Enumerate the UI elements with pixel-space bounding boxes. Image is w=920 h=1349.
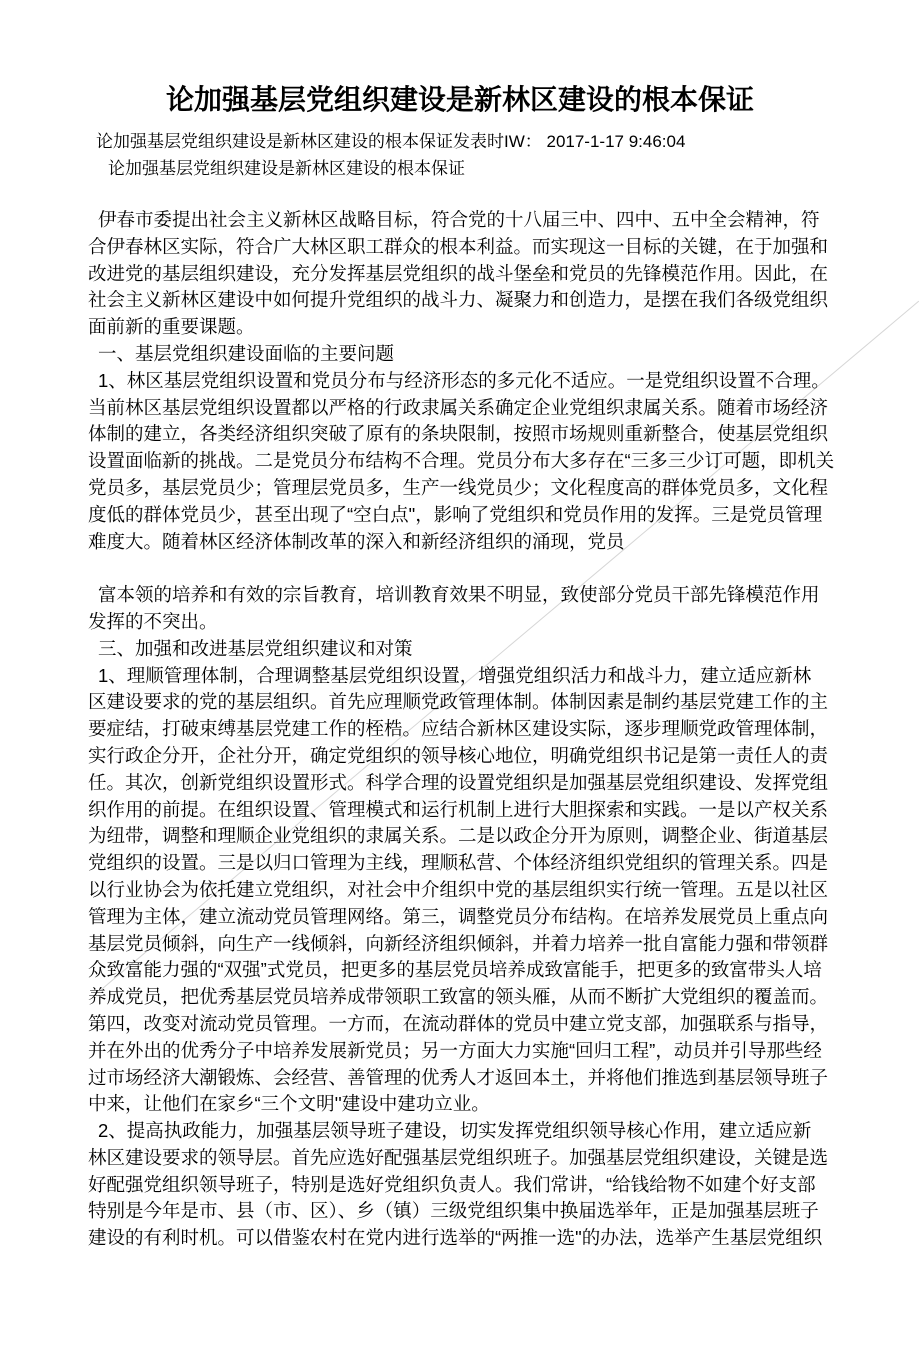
text-line: 度低的群体党员少，甚至出现了“空白点"，影响了党组织和党员作用的发挥。三是党员管…	[88, 502, 848, 529]
text-line: 面前新的重要课题。	[88, 314, 848, 341]
text-line: 1、理顺管理体制，合理调整基层党组织设置，增强党组织活力和战斗力，建立适应新林	[88, 663, 848, 690]
text-line: 富本领的培养和有效的宗旨教育，培训教育效果不明显，致使部分党员干部先锋模范作用	[88, 582, 848, 609]
text-line: 发挥的不突出。	[88, 609, 848, 636]
text-line: 以行业协会为依托建立党组织，对社会中介组织中党的基层组织实行统一管理。五是以社区	[88, 877, 848, 904]
text-line: 改进党的基层组织建设，充分发挥基层党组织的战斗堡垒和党员的先锋模范作用。因此，在	[88, 261, 848, 288]
text-line: 众致富能力强的“双强”式党员，把更多的基层党员培养成致富能手，把更多的致富带头人…	[88, 957, 848, 984]
document-subtitle: 论加强基层党组织建设是新林区建设的根本保证	[108, 158, 465, 180]
document-body: 伊春市委提出社会主义新林区战略目标，符合党的十八届三中、四中、五中全会精神，符合…	[88, 207, 848, 1252]
text-line: 建设的有利时机。可以借鉴农村在党内进行选举的“两推一选"的办法，选举产生基层党组…	[88, 1225, 848, 1252]
text-line: 特别是今年是市、县（市、区）、乡（镇）三级党组织集中换届选举年，正是加强基层班子	[88, 1198, 848, 1225]
text-line: 为纽带，调整和理顺企业党组织的隶属关系。二是以政企分开为原则，调整企业、街道基层	[88, 823, 848, 850]
published-time-line: 论加强基层党组织建设是新林区建设的根本保证发表时IW： 2017-1-17 9:…	[96, 131, 685, 153]
text-line: 设置面临新的挑战。二是党员分布结构不合理。党员分布大多存在“三多三少订可题，即机…	[88, 448, 848, 475]
text-line: 中来，让他们在家乡“三个文明''建设中建功立业。	[88, 1091, 848, 1118]
text-line: 第四，改变对流动党员管理。一方而，在流动群体的党员中建立党支部，加强联系与指导，	[88, 1011, 848, 1038]
text-line: 党组织的设置。三是以归口管理为主线，理顺私营、个体经济组织党组织的管理关系。四是	[88, 850, 848, 877]
text-line: 过市场经济大潮锻炼、会经营、善管理的优秀人才返回本土，并将他们推选到基层领导班子	[88, 1065, 848, 1092]
text-line: 难度大。随着林区经济体制改革的深入和新经济组织的涌现，党员	[88, 529, 848, 556]
text-line: 林区建设要求的领导层。首先应选好配强基层党组织班子。加强基层党组织建设，关键是选	[88, 1145, 848, 1172]
text-line: 1、林区基层党组织设置和党员分布与经济形态的多元化不适应。一是党组织设置不合理。	[88, 368, 848, 395]
text-line: 养成党员，把优秀基层党员培养成带领职工致富的领头雁，从而不断扩大党组织的覆盖而。	[88, 984, 848, 1011]
text-line: 党员多，基层党员少；管理层党员多，生产一线党员少；文化程度高的群体党员多，文化程	[88, 475, 848, 502]
text-line: 好配强党组织领导班子，特别是选好党组织负责人。我们常讲，“给钱给物不如建个好支部	[88, 1172, 848, 1199]
text-line: 并在外出的优秀分子中培养发展新党员；另一方面大力实施“回归工程”，动员并引导那些…	[88, 1038, 848, 1065]
text-line: 三、加强和改进基层党组织建议和对策	[88, 636, 848, 663]
document-page: 论加强基层党组织建设是新林区建设的根本保证 论加强基层党组织建设是新林区建设的根…	[0, 0, 920, 1349]
text-line: 伊春市委提出社会主义新林区战略目标，符合党的十八届三中、四中、五中全会精神，符	[88, 207, 848, 234]
text-line: 基层党员倾斜，向生产一线倾斜，向新经济组织倾斜，并着力培养一批自富能力强和带领群	[88, 931, 848, 958]
text-line: 实行政企分开，企社分开，确定党组织的领导核心地位，明确党组织书记是第一责任人的责	[88, 743, 848, 770]
text-line: 要症结，打破束缚基层党建工作的桎梏。应结合新林区建设实际，逐步理顺党政管理体制，	[88, 716, 848, 743]
text-line: 一、基层党组织建设面临的主要问题	[88, 341, 848, 368]
text-line: 任。其次，创新党组织设置形式。科学合理的设置党组织是加强基层党组织建设、发挥党组	[88, 770, 848, 797]
document-title: 论加强基层党组织建设是新林区建设的根本保证	[0, 83, 920, 117]
text-line: 合伊春林区实际，符合广大林区职工群众的根本利益。而实现这一目标的关键，在于加强和	[88, 234, 848, 261]
text-line: 当前林区基层党组织设置都以严格的行政隶属关系确定企业党组织隶属关系。随着市场经济	[88, 395, 848, 422]
text-line: 社会主义新林区建设中如何提升党组织的战斗力、凝聚力和创造力，是摆在我们各级党组织	[88, 287, 848, 314]
text-line: 区建设要求的党的基层组织。首先应理顺党政管理体制。体制因素是制约基层党建工作的主	[88, 689, 848, 716]
text-line: 体制的建立，各类经济组织突破了原有的条块限制，按照市场规则重新整合，使基层党组织	[88, 421, 848, 448]
text-line: 织作用的前提。在组织设置、管理模式和运行机制上进行大胆探索和实践。一是以产权关系	[88, 797, 848, 824]
text-line: 管理为主体，建立流动党员管理网络。第三，调整党员分布结构。在培养发展党员上重点向	[88, 904, 848, 931]
text-line	[88, 555, 848, 582]
text-line: 2、提高执政能力，加强基层领导班子建设，切实发挥党组织领导核心作用，建立适应新	[88, 1118, 848, 1145]
